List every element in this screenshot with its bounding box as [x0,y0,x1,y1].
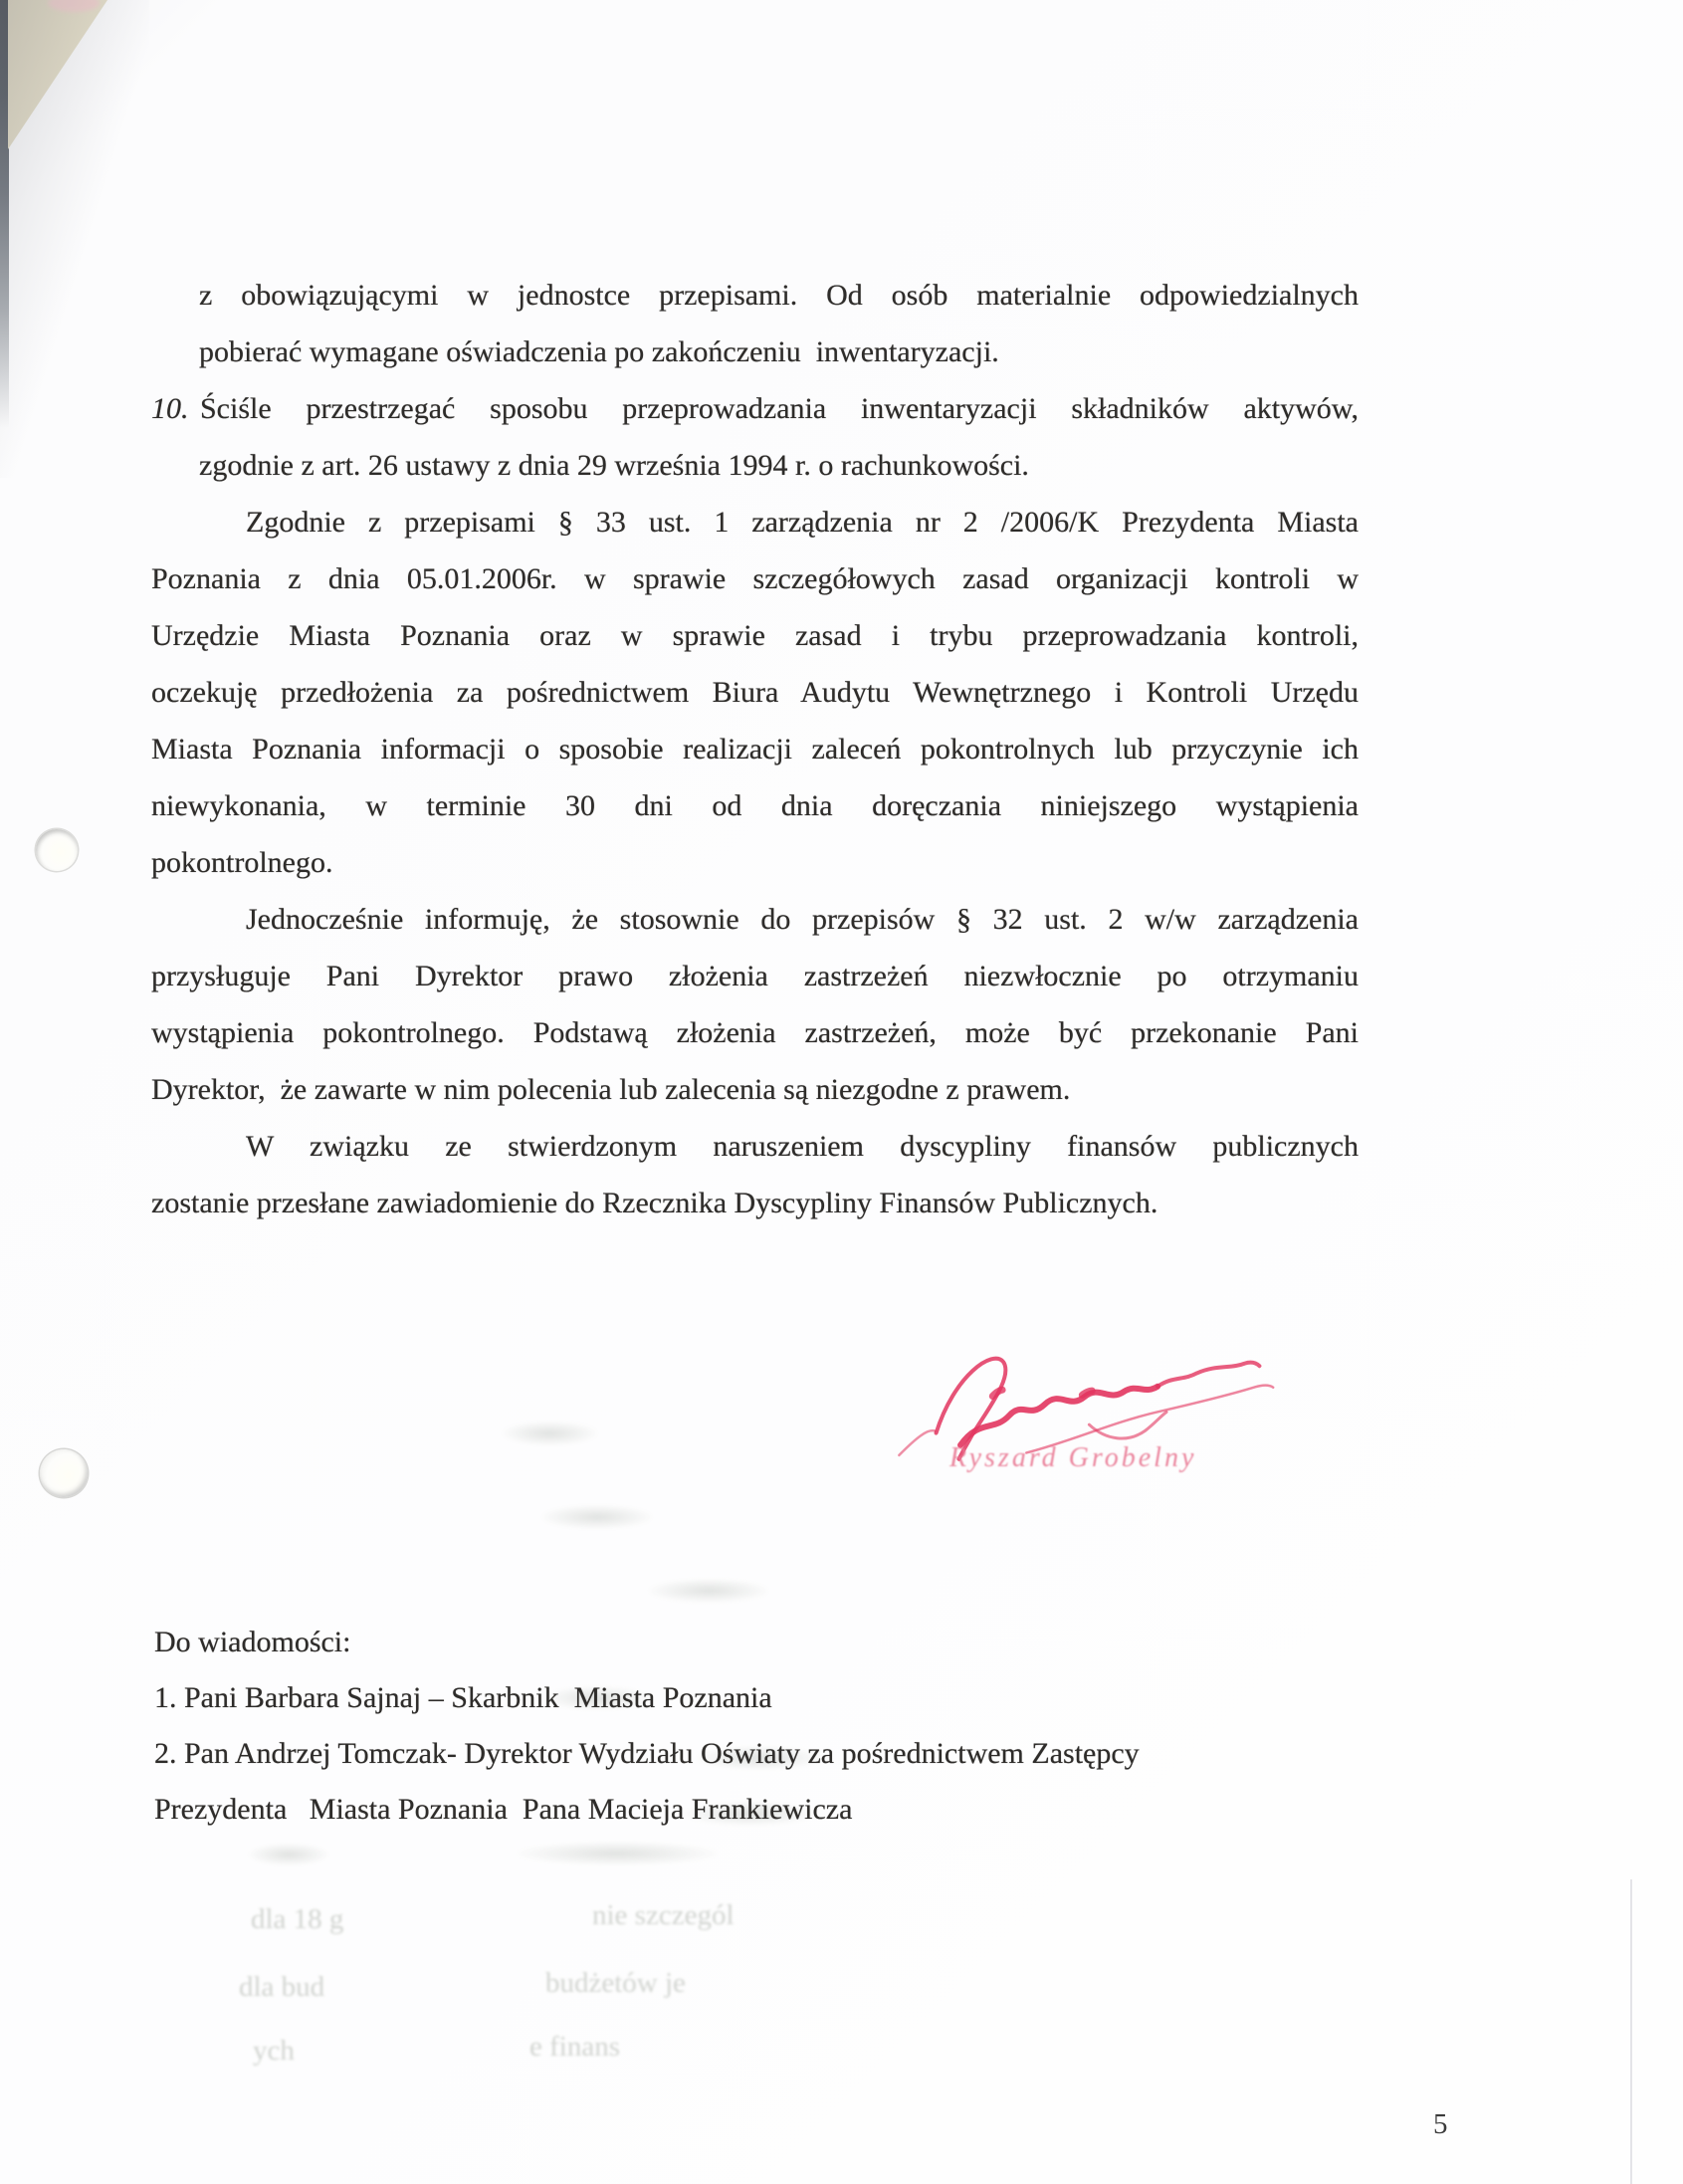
body-line: oczekuję przedłożenia za pośrednictwem B… [151,664,1359,721]
body-line-list-item: 10.Ściśle przestrzegać sposobu przeprowa… [151,380,1359,437]
bleedthrough-smudge [518,1842,717,1865]
bleedthrough-smudge [249,1844,328,1865]
bleedthrough-smudge [542,1505,652,1529]
body-line: W związku ze stwierdzonym naruszeniem dy… [151,1118,1359,1175]
distribution-list: Do wiadomości: 1. Pani Barbara Sajnaj – … [154,1615,1398,1838]
scan-edge-shadow [0,0,9,428]
body-line: wystąpienia pokontrolnego. Podstawą złoż… [151,1004,1359,1061]
body-line: Jednocześnie informuję, że stosownie do … [151,891,1359,948]
bleedthrough-smudge [649,1579,768,1603]
distribution-item: Prezydenta Miasta Poznania Pana Macieja … [154,1782,1398,1838]
body-line: z obowiązującymi w jednostce przepisami.… [151,267,1359,324]
document-body: z obowiązującymi w jednostce przepisami.… [151,267,1359,1231]
distribution-item: 2. Pan Andrzej Tomczak- Dyrektor Wydział… [154,1726,1398,1782]
distribution-heading: Do wiadomości: [154,1615,1398,1670]
punch-hole [40,1449,88,1497]
bleedthrough-text: dla bud [239,1971,324,2004]
signature-area: Ryszard Grobelny [876,1329,1314,1498]
bleedthrough-text: e finans [529,2031,620,2064]
list-item-text: Ściśle przestrzegać sposobu przeprowadza… [200,392,1359,425]
body-line: pobierać wymagane oświadczenia po zakońc… [151,324,1359,380]
scan-edge-line [1630,1879,1632,2184]
page-number: 5 [1433,2108,1448,2141]
bleedthrough-text: budżetów je [545,1967,686,2000]
bleedthrough-text: nie szczegól [592,1899,735,1932]
bleedthrough-smudge [503,1421,597,1445]
body-line: Dyrektor, że zawarte w nim polecenia lub… [151,1061,1359,1118]
body-line: Poznania z dnia 05.01.2006r. w sprawie s… [151,550,1359,607]
distribution-item: 1. Pani Barbara Sajnaj – Skarbnik Miasta… [154,1670,1398,1726]
body-line: Urzędzie Miasta Poznania oraz w sprawie … [151,607,1359,664]
body-line: zgodnie z art. 26 ustawy z dnia 29 wrześ… [151,437,1359,494]
body-line: pokontrolnego. [151,834,1359,891]
body-line: Miasta Poznania informacji o sposobie re… [151,721,1359,777]
body-line: przysługuje Pani Dyrektor prawo złożenia… [151,948,1359,1004]
scanned-document-page: z obowiązującymi w jednostce przepisami.… [0,0,1683,2184]
punch-hole [36,829,78,871]
signature-stamp-name: Ryszard Grobelny [949,1442,1196,1474]
body-line: Zgodnie z przepisami § 33 ust. 1 zarządz… [151,494,1359,550]
body-line: zostanie przesłane zawiadomienie do Rzec… [151,1175,1359,1231]
body-line: niewykonania, w terminie 30 dni od dnia … [151,777,1359,834]
bleedthrough-text: ych [253,2035,295,2068]
scan-corner-artifact [8,0,107,149]
signature-ink [873,1321,1317,1505]
list-number: 10. [151,380,200,437]
bleedthrough-text: dla 18 g [251,1903,343,1936]
